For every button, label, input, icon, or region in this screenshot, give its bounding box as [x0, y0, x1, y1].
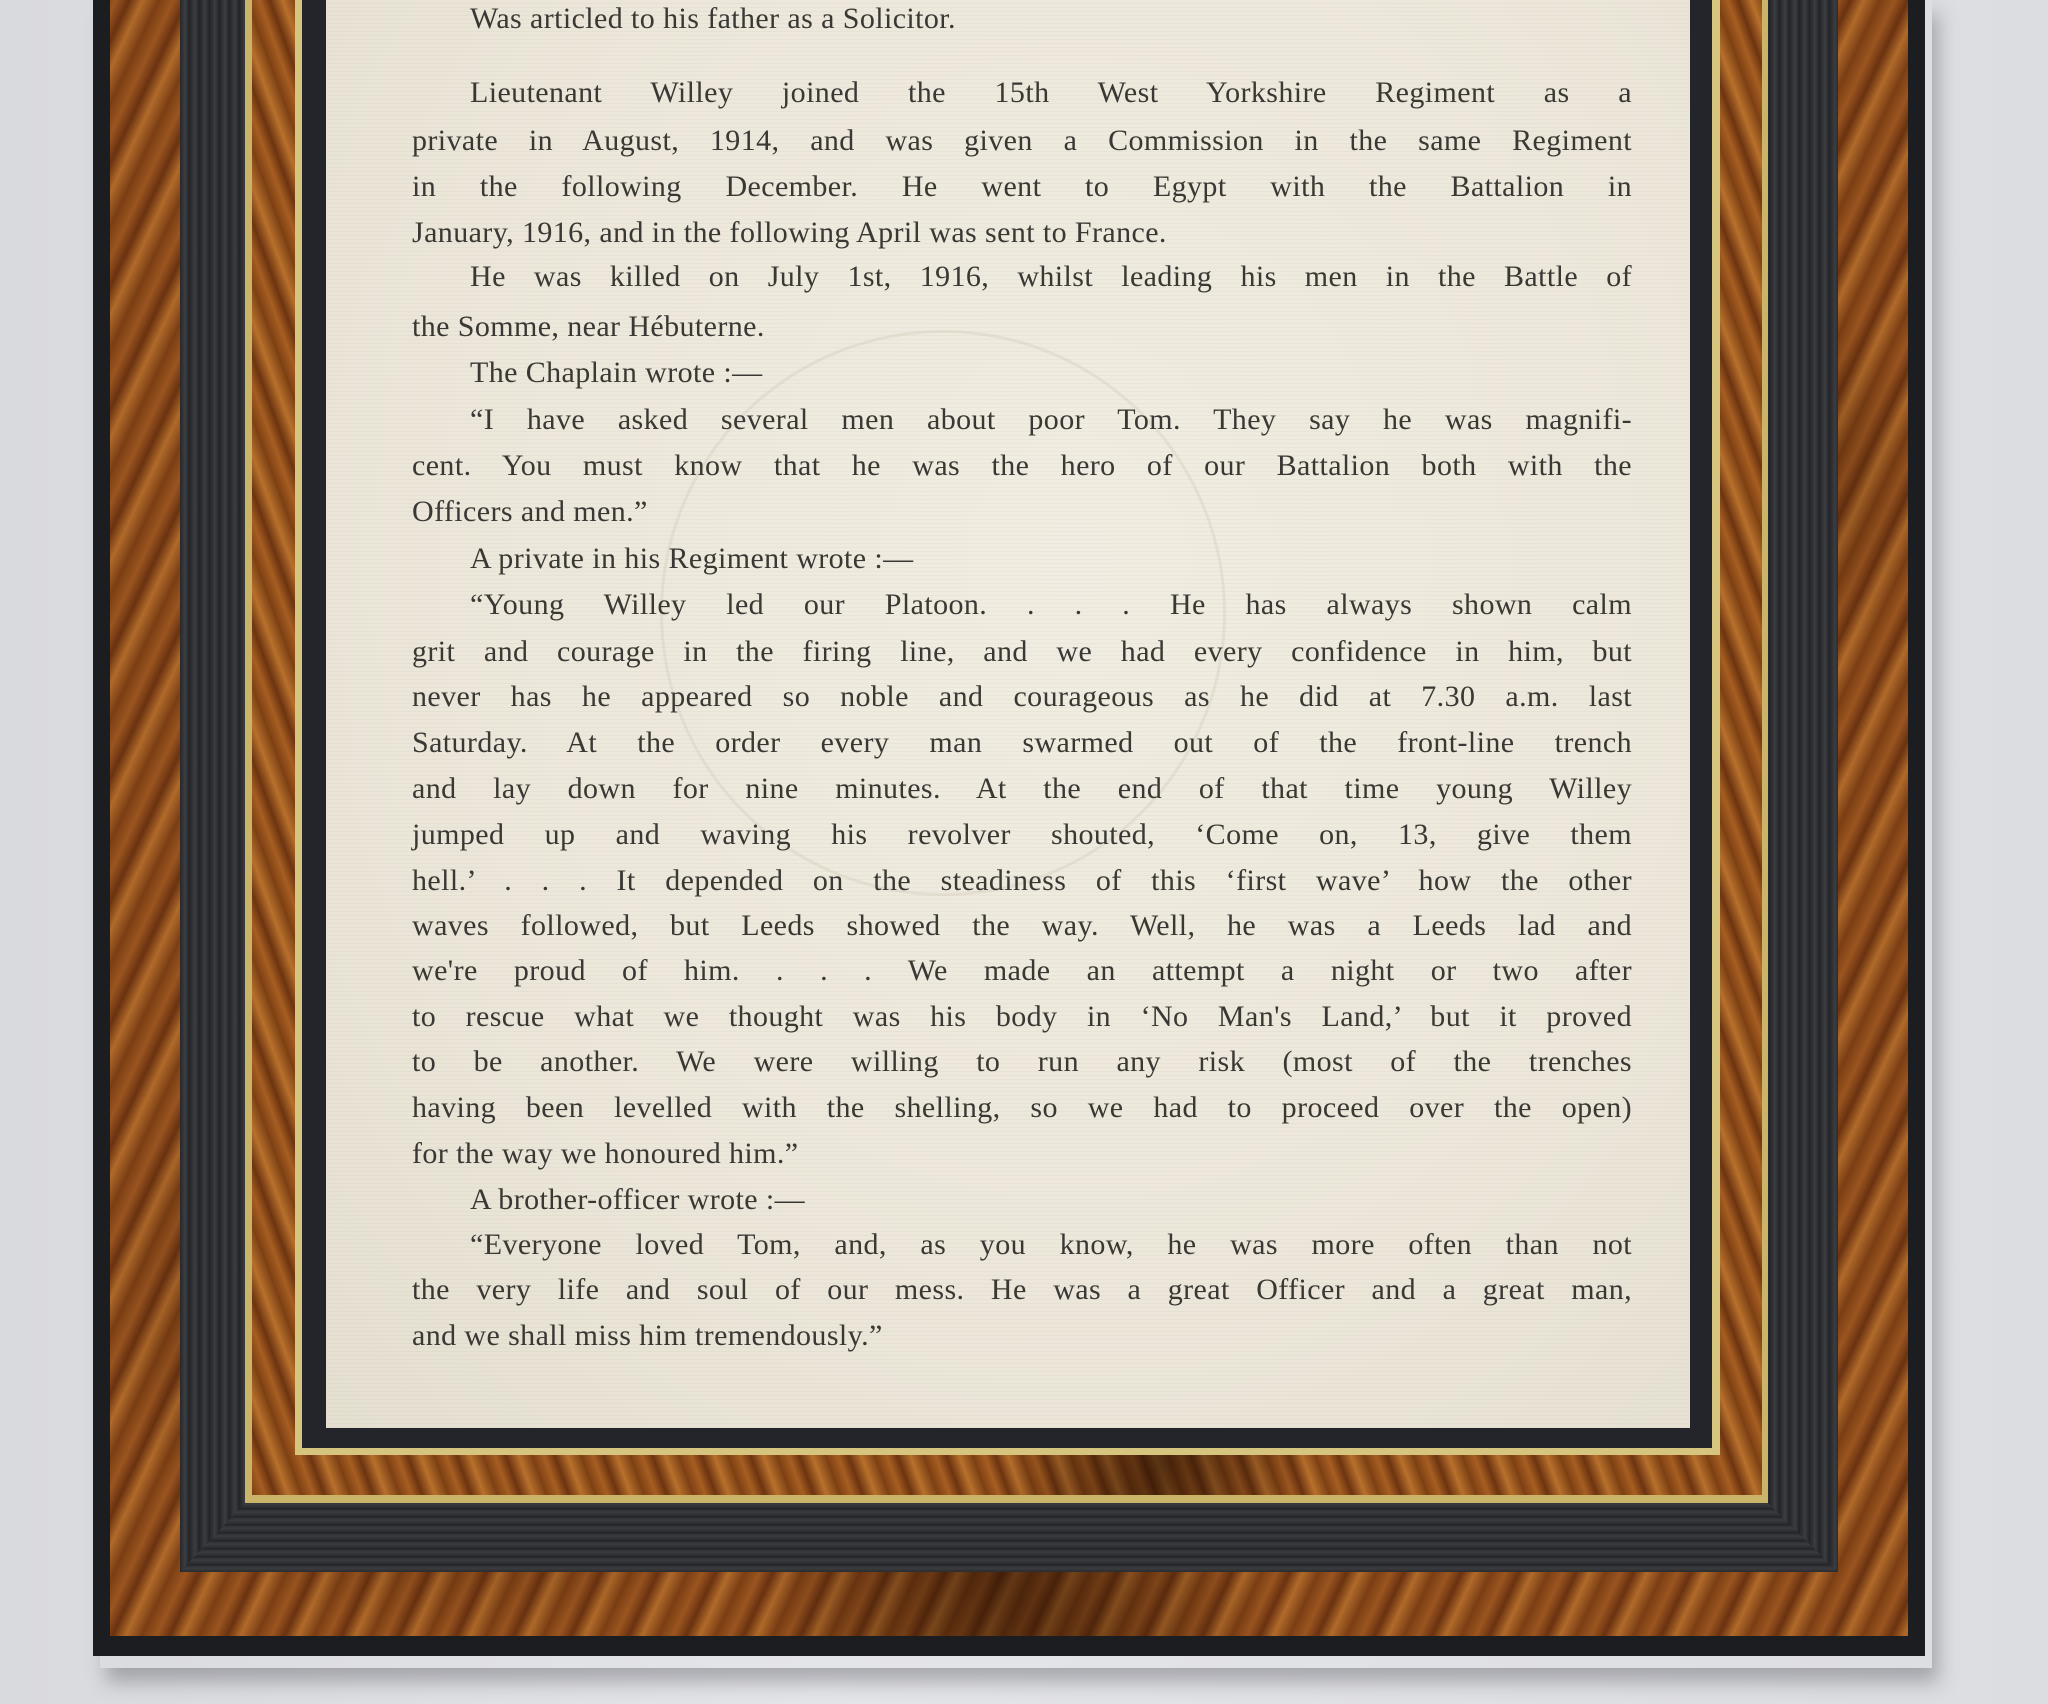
- text-line: “Young Willey led our Platoon. . . . He …: [470, 590, 1632, 620]
- text-line: “I have asked several men about poor Tom…: [470, 405, 1632, 435]
- text-line: grit and courage in the firing line, and…: [412, 637, 1632, 667]
- text-line: in the following December. He went to Eg…: [412, 172, 1632, 202]
- text-line: A private in his Regiment wrote :—: [470, 544, 914, 574]
- text-line: He was killed on July 1st, 1916, whilst …: [470, 262, 1632, 292]
- text-line: the Somme, near Hébuterne.: [412, 312, 765, 342]
- text-line: January, 1916, and in the following Apri…: [412, 218, 1167, 248]
- text-line: The Chaplain wrote :—: [470, 358, 763, 388]
- text-line: Lieutenant Willey joined the 15th West Y…: [470, 78, 1632, 108]
- text-line: “Everyone loved Tom, and, as you know, h…: [470, 1230, 1632, 1260]
- text-line: cent. You must know that he was the hero…: [412, 451, 1632, 481]
- text-line: private in August, 1914, and was given a…: [412, 126, 1632, 156]
- text-line: we're proud of him. . . . We made an att…: [412, 956, 1632, 986]
- text-line: having been levelled with the shelling, …: [412, 1093, 1632, 1123]
- text-line: and lay down for nine minutes. At the en…: [412, 774, 1632, 804]
- text-line: Saturday. At the order every man swarmed…: [412, 728, 1632, 758]
- text-line: for the way we honoured him.”: [412, 1139, 798, 1169]
- text-line: waves followed, but Leeds showed the way…: [412, 911, 1632, 941]
- text-line: Officers and men.”: [412, 497, 648, 527]
- text-line: A brother-officer wrote :—: [470, 1185, 805, 1215]
- text-line: jumped up and waving his revolver shoute…: [412, 820, 1632, 850]
- text-line: never has he appeared so noble and coura…: [412, 682, 1632, 712]
- text-line: Was articled to his father as a Solicito…: [470, 4, 956, 34]
- text-line: to be another. We were willing to run an…: [412, 1047, 1632, 1077]
- text-line: hell.’ . . . It depended on the steadine…: [412, 866, 1632, 896]
- text-line: to rescue what we thought was his body i…: [412, 1002, 1632, 1032]
- text-line: and we shall miss him tremendously.”: [412, 1321, 883, 1351]
- text-line: the very life and soul of our mess. He w…: [412, 1275, 1632, 1305]
